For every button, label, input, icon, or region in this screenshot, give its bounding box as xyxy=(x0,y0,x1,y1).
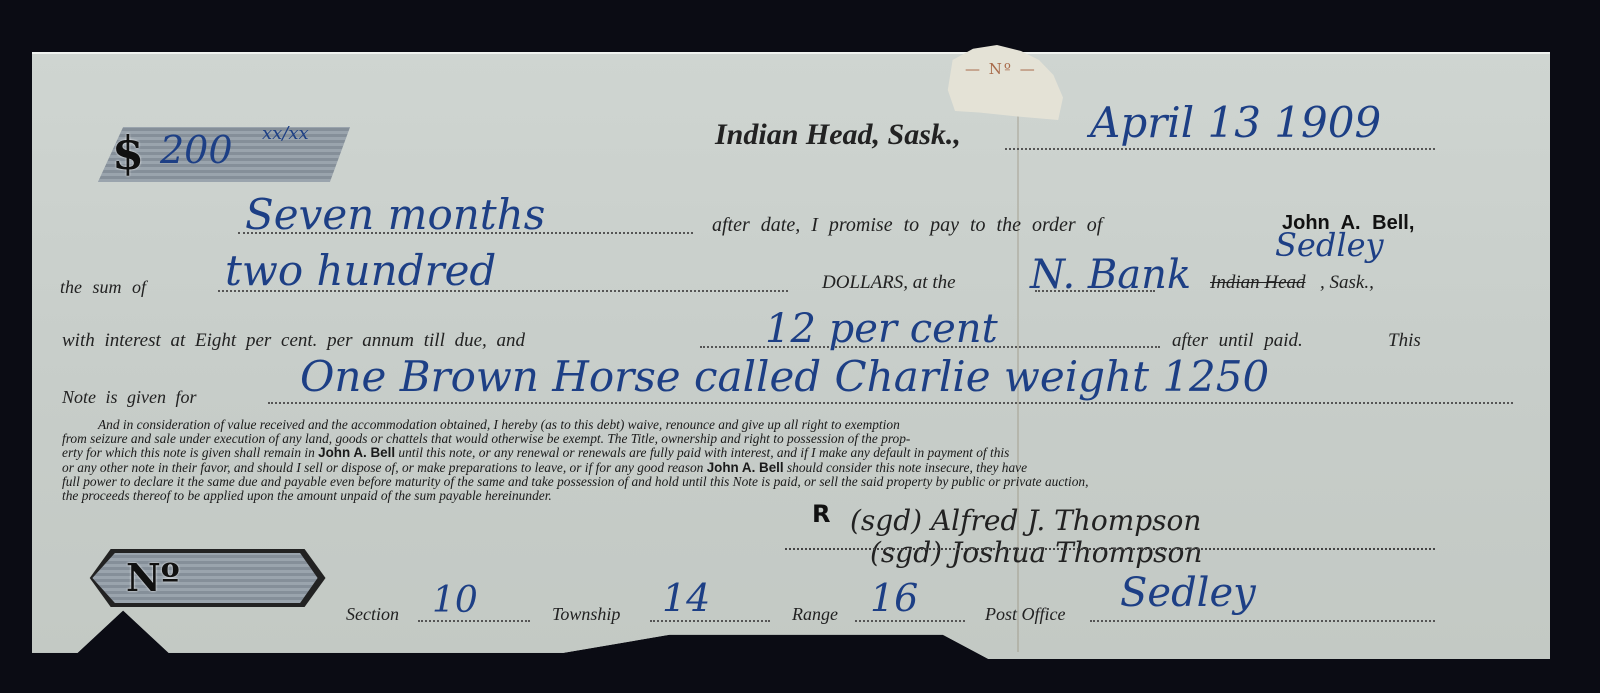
legal-line: erty for which this note is given shall … xyxy=(62,446,1437,460)
post-office-label: Post Office xyxy=(985,604,1065,625)
this-label: This xyxy=(1388,330,1421,352)
promise-text: after date, I promise to pay to the orde… xyxy=(712,214,1102,237)
mark-r: R xyxy=(812,500,830,528)
legal-line: from seizure and sale under execution of… xyxy=(62,432,1437,446)
sum-written: two hundred xyxy=(225,246,496,295)
township-value: 14 xyxy=(662,576,710,620)
range-line xyxy=(855,620,965,622)
legal-terms: And in consideration of value received a… xyxy=(62,418,1437,503)
number-label: Nº xyxy=(126,555,180,600)
township-label: Township xyxy=(552,604,620,625)
place-label: Indian Head, Sask., xyxy=(715,118,961,152)
bank-location-suffix: , Sask., xyxy=(1320,272,1374,294)
post-office-value: Sedley xyxy=(1120,570,1256,616)
interest-text: with interest at Eight per cent. per ann… xyxy=(62,330,525,352)
amount-cents: xx/xx xyxy=(262,122,309,146)
given-for-line xyxy=(268,402,1513,404)
range-value: 16 xyxy=(870,576,918,620)
range-label: Range xyxy=(792,604,838,625)
section-value: 10 xyxy=(432,580,478,621)
post-office-line xyxy=(1090,620,1435,622)
date-value: April 13 1909 xyxy=(1090,98,1381,147)
legal-line: or any other note in their favor, and sh… xyxy=(62,461,1437,475)
given-for-value: One Brown Horse called Charlie weight 12… xyxy=(300,352,1269,401)
after-text: after until paid. xyxy=(1172,330,1303,352)
bank-location-struck: Indian Head xyxy=(1210,272,1306,294)
term-value: Seven months xyxy=(245,190,545,239)
signature-1: (sgd) Alfred J. Thompson xyxy=(850,504,1201,537)
number-box: Nº xyxy=(74,549,336,607)
sum-label: the sum of xyxy=(60,277,146,298)
date-line xyxy=(1005,148,1435,150)
bank-written: N. Bank xyxy=(1030,252,1191,298)
given-for-label: Note is given for xyxy=(62,387,197,408)
legal-line: full power to declare it the same due an… xyxy=(62,475,1437,489)
after-rate-value: 12 per cent xyxy=(765,306,998,352)
legal-line: And in consideration of value received a… xyxy=(62,418,1437,432)
signature-line xyxy=(785,548,1435,550)
legal-payee: John A. Bell xyxy=(707,460,784,475)
legal-line: the proceeds thereof to be applied upon … xyxy=(62,489,1437,503)
dollar-sign-icon: $ xyxy=(112,126,144,180)
dollars-label: DOLLARS, at the xyxy=(822,272,956,294)
section-label: Section xyxy=(346,604,399,625)
signature-2: (sgd) Joshua Thompson xyxy=(870,536,1202,569)
township-line xyxy=(650,620,770,622)
amount-value: 200 xyxy=(160,128,233,172)
bank-correction: Sedley xyxy=(1275,226,1384,264)
serial-number-label: — Nº — xyxy=(965,60,1037,78)
legal-payee: John A. Bell xyxy=(318,445,395,460)
